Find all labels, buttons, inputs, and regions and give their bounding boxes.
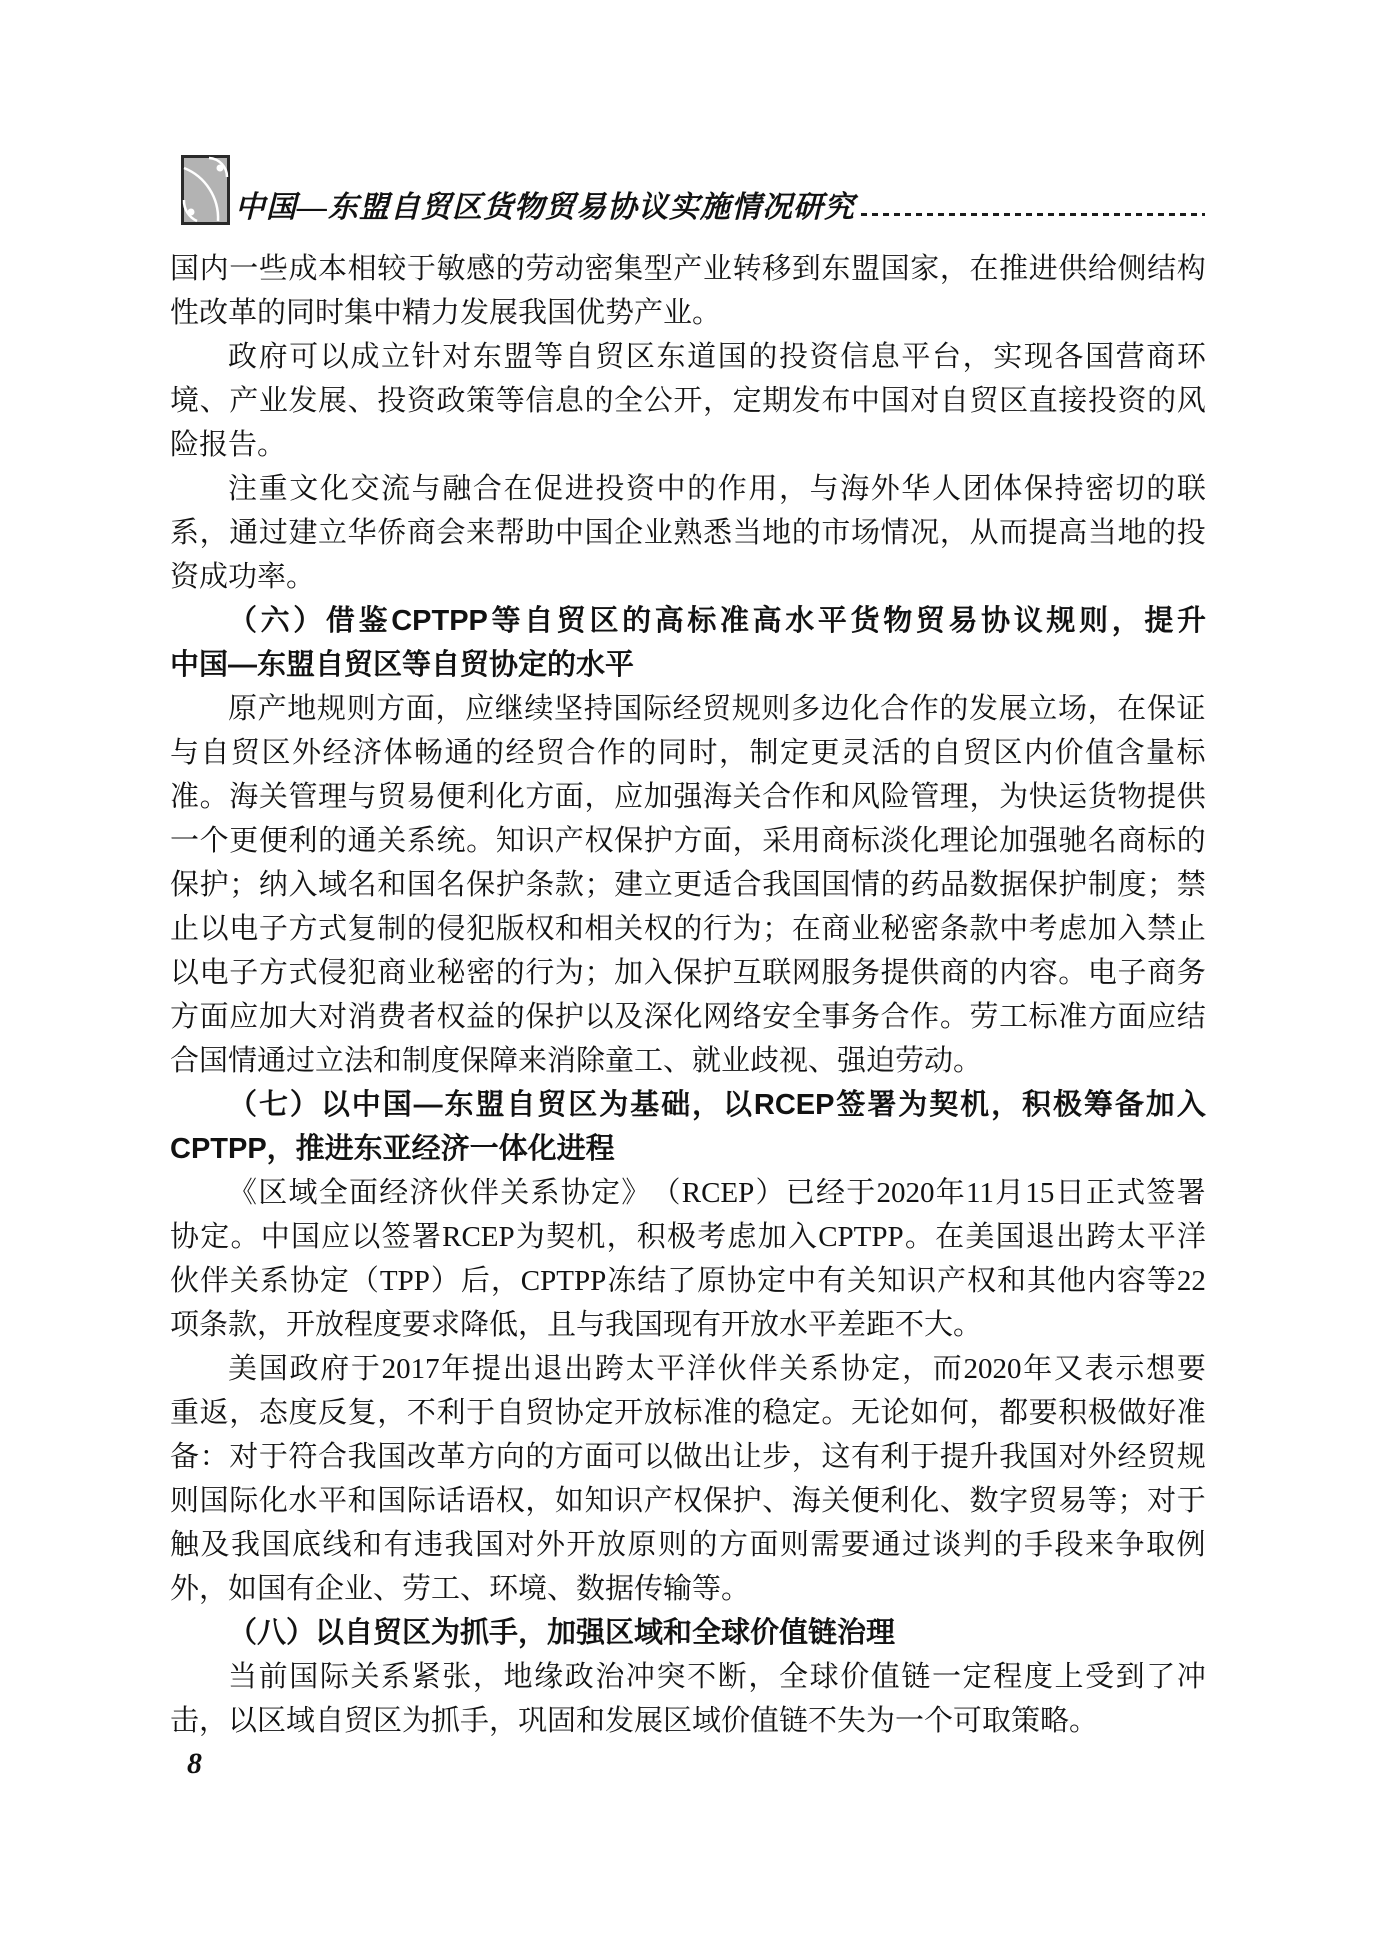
text-line: 则国际化水平和国际话语权，如知识产权保护、海关便利化、数字贸易等；对于 [170,1479,1206,1523]
text-line: 准。海关管理与贸易便利化方面，应加强海关合作和风险管理，为快运货物提供 [170,775,1206,819]
text-line: 伙伴关系协定（TPP）后，CPTPP冻结了原协定中有关知识产权和其他内容等22 [170,1259,1206,1303]
text-line: CPTPP，推进东亚经济一体化进程 [170,1127,1206,1171]
section-heading: （八）以自贸区为抓手，加强区域和全球价值链治理 [170,1611,1206,1655]
text-line: 系，通过建立华侨商会来帮助中国企业熟悉当地的市场情况，从而提高当地的投 [170,511,1206,555]
paragraph: 当前国际关系紧张，地缘政治冲突不断，全球价值链一定程度上受到了冲击，以区域自贸区… [170,1655,1206,1743]
text-line: 原产地规则方面，应继续坚持国际经贸规则多边化合作的发展立场，在保证 [170,687,1206,731]
paragraph: 《区域全面经济伙伴关系协定》（RCEP）已经于2020年11月15日正式签署协定… [170,1171,1206,1347]
page-header: 中国—东盟自贸区货物贸易协议实施情况研究 [181,155,1205,225]
text-line: 注重文化交流与融合在促进投资中的作用，与海外华人团体保持密切的联 [170,467,1206,511]
text-line: 外，如国有企业、劳工、环境、数据传输等。 [170,1567,1206,1611]
text-line: 中国—东盟自贸区等自贸协定的水平 [170,643,1206,687]
section-heading: （六）借鉴CPTPP等自贸区的高标准高水平货物贸易协议规则，提升中国—东盟自贸区… [170,599,1206,687]
header-dash-rule [861,213,1205,216]
text-line: 合国情通过立法和制度保障来消除童工、就业歧视、强迫劳动。 [170,1039,1206,1083]
text-line: 境、产业发展、投资政策等信息的全公开，定期发布中国对自贸区直接投资的风 [170,379,1206,423]
text-line: 与自贸区外经济体畅通的经贸合作的同时，制定更灵活的自贸区内价值含量标 [170,731,1206,775]
text-line: 协定。中国应以签署RCEP为契机，积极考虑加入CPTPP。在美国退出跨太平洋 [170,1215,1206,1259]
body-text: 国内一些成本相较于敏感的劳动密集型产业转移到东盟国家，在推进供给侧结构性改革的同… [170,247,1206,1743]
text-line: 一个更便利的通关系统。知识产权保护方面，采用商标淡化理论加强驰名商标的 [170,819,1206,863]
text-line: 备：对于符合我国改革方向的方面可以做出让步，这有利于提升我国对外经贸规 [170,1435,1206,1479]
text-line: 方面应加大对消费者权益的保护以及深化网络安全事务合作。劳工标准方面应结 [170,995,1206,1039]
section-heading: （七）以中国—东盟自贸区为基础，以RCEP签署为契机，积极筹备加入CPTPP，推… [170,1083,1206,1171]
text-line: 重返，态度反复，不利于自贸协定开放标准的稳定。无论如何，都要积极做好准 [170,1391,1206,1435]
text-line: 止以电子方式复制的侵犯版权和相关权的行为；在商业秘密条款中考虑加入禁止 [170,907,1206,951]
text-line: 美国政府于2017年提出退出跨太平洋伙伴关系协定，而2020年又表示想要 [170,1347,1206,1391]
book-page: 中国—东盟自贸区货物贸易协议实施情况研究 国内一些成本相较于敏感的劳动密集型产业… [0,0,1386,1937]
running-title: 中国—东盟自贸区货物贸易协议实施情况研究 [235,191,855,225]
paragraph: 原产地规则方面，应继续坚持国际经贸规则多边化合作的发展立场，在保证与自贸区外经济… [170,687,1206,1083]
text-line: 触及我国底线和有违我国对外开放原则的方面则需要通过谈判的手段来争取例 [170,1523,1206,1567]
text-line: 险报告。 [170,423,1206,467]
text-line: （七）以中国—东盟自贸区为基础，以RCEP签署为契机，积极筹备加入 [170,1083,1206,1127]
arcs-and-dots-logo-icon [181,155,230,225]
text-line: 以电子方式侵犯商业秘密的行为；加入保护互联网服务提供商的内容。电子商务 [170,951,1206,995]
text-line: 保护；纳入域名和国名保护条款；建立更适合我国国情的药品数据保护制度；禁 [170,863,1206,907]
paragraph: 政府可以成立针对东盟等自贸区东道国的投资信息平台，实现各国营商环境、产业发展、投… [170,335,1206,467]
paragraph: 注重文化交流与融合在促进投资中的作用，与海外华人团体保持密切的联系，通过建立华侨… [170,467,1206,599]
text-line: 《区域全面经济伙伴关系协定》（RCEP）已经于2020年11月15日正式签署 [170,1171,1206,1215]
text-line: 击，以区域自贸区为抓手，巩固和发展区域价值链不失为一个可取策略。 [170,1699,1206,1743]
text-line: 性改革的同时集中精力发展我国优势产业。 [170,291,1206,335]
text-line: 政府可以成立针对东盟等自贸区东道国的投资信息平台，实现各国营商环 [170,335,1206,379]
text-line: 当前国际关系紧张，地缘政治冲突不断，全球价值链一定程度上受到了冲 [170,1655,1206,1699]
text-line: 项条款，开放程度要求降低，且与我国现有开放水平差距不大。 [170,1303,1206,1347]
text-line: （六）借鉴CPTPP等自贸区的高标准高水平货物贸易协议规则，提升 [170,599,1206,643]
text-line: 国内一些成本相较于敏感的劳动密集型产业转移到东盟国家，在推进供给侧结构 [170,247,1206,291]
paragraph: 美国政府于2017年提出退出跨太平洋伙伴关系协定，而2020年又表示想要重返，态… [170,1347,1206,1611]
paragraph: 国内一些成本相较于敏感的劳动密集型产业转移到东盟国家，在推进供给侧结构性改革的同… [170,247,1206,335]
page-number: 8 [187,1744,202,1784]
text-line: 资成功率。 [170,555,1206,599]
text-line: （八）以自贸区为抓手，加强区域和全球价值链治理 [170,1611,1206,1655]
